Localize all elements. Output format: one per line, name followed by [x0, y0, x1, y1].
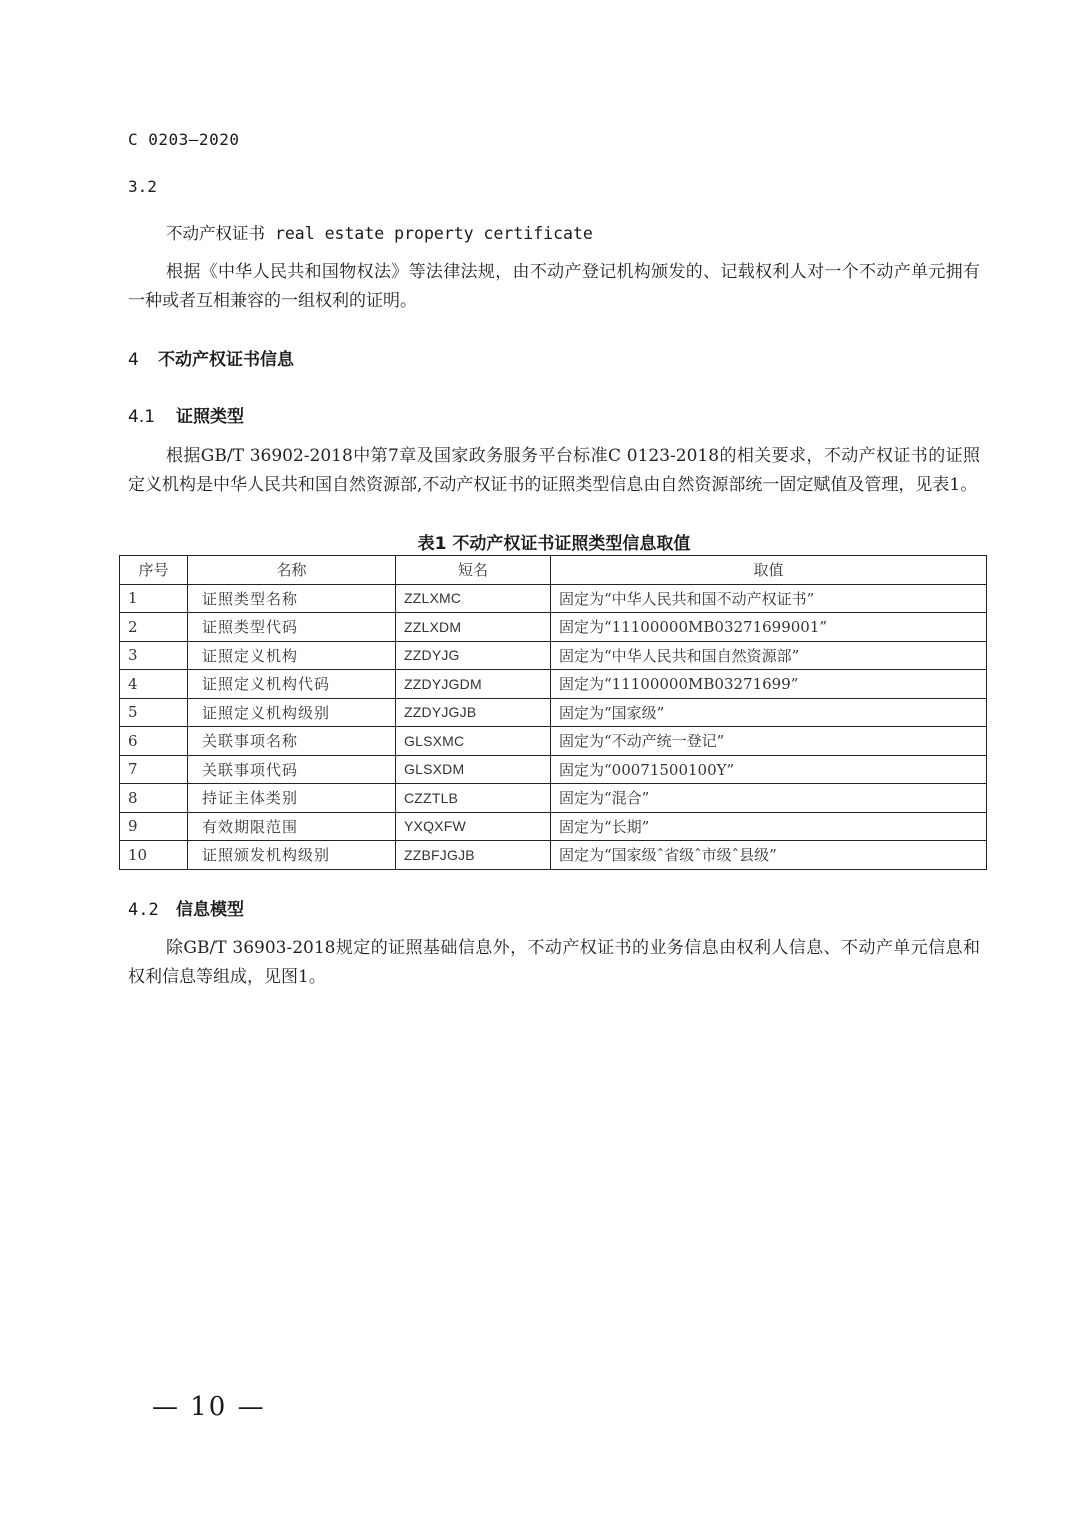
- table-row: 4 证照定义机构代码 ZZDYJGDM 固定为“11100000MB032716…: [120, 670, 987, 699]
- cell-short-name: YXQXFW: [396, 812, 551, 841]
- cell-value: 固定为“中华人民共和国不动产权证书”: [551, 584, 987, 613]
- cell-name: 证照颁发机构级别: [188, 841, 396, 870]
- term-title-zh: 不动产权证书: [166, 224, 265, 243]
- table-header-row: 序号 名称 短名 取值: [120, 556, 987, 585]
- section-heading-4: 4不动产权证书信息: [128, 345, 294, 370]
- table-row: 3 证照定义机构 ZZDYJG 固定为“中华人民共和国自然资源部”: [120, 641, 987, 670]
- cell-short-name: ZZDYJG: [396, 641, 551, 670]
- cell-index: 2: [120, 613, 188, 642]
- cell-index: 6: [120, 727, 188, 756]
- cell-value: 固定为“00071500100Y”: [551, 755, 987, 784]
- cell-short-name: GLSXDM: [396, 755, 551, 784]
- cell-name: 关联事项代码: [188, 755, 396, 784]
- page-number: — 10 —: [152, 1392, 266, 1422]
- subsection-4-1-body: 根据GB/T 36902-2018中第7章及国家政务服务平台标准C 0123-2…: [128, 442, 980, 500]
- cell-short-name: ZZDYJGDM: [396, 670, 551, 699]
- cell-name: 证照定义机构代码: [188, 670, 396, 699]
- certificate-type-table: 序号 名称 短名 取值 1 证照类型名称 ZZLXMC 固定为“中华人民共和国不…: [119, 555, 987, 870]
- cell-value: 固定为“长期”: [551, 812, 987, 841]
- cell-name: 有效期限范围: [188, 812, 396, 841]
- term-number: 3.2: [128, 177, 157, 196]
- header-short-name: 短名: [396, 556, 551, 585]
- subsection-number: 4.2: [128, 900, 176, 920]
- section-title: 不动产权证书信息: [158, 350, 294, 370]
- table-row: 7 关联事项代码 GLSXDM 固定为“00071500100Y”: [120, 755, 987, 784]
- header-value: 取值: [551, 556, 987, 585]
- cell-index: 8: [120, 784, 188, 813]
- subsection-title: 信息模型: [176, 900, 244, 920]
- cell-name: 关联事项名称: [188, 727, 396, 756]
- document-code: C 0203—2020: [128, 130, 239, 149]
- cell-name: 证照定义机构: [188, 641, 396, 670]
- cell-index: 5: [120, 698, 188, 727]
- table-row: 6 关联事项名称 GLSXMC 固定为“不动产统一登记”: [120, 727, 987, 756]
- table-row: 1 证照类型名称 ZZLXMC 固定为“中华人民共和国不动产权证书”: [120, 584, 987, 613]
- cell-short-name: ZZBFJGJB: [396, 841, 551, 870]
- cell-index: 1: [120, 584, 188, 613]
- header-name: 名称: [188, 556, 396, 585]
- cell-name: 持证主体类别: [188, 784, 396, 813]
- table-row: 9 有效期限范围 YXQXFW 固定为“长期”: [120, 812, 987, 841]
- subsection-number: 4.1: [128, 407, 176, 427]
- cell-short-name: ZZLXMC: [396, 584, 551, 613]
- table-caption: 表1 不动产权证书证照类型信息取值: [120, 529, 988, 554]
- cell-value: 固定为“国家级”: [551, 698, 987, 727]
- cell-value: 固定为“国家级ˆ省级ˆ市级ˆ县级”: [551, 841, 987, 870]
- cell-short-name: CZZTLB: [396, 784, 551, 813]
- cell-value: 固定为“11100000MB03271699001”: [551, 613, 987, 642]
- table-row: 2 证照类型代码 ZZLXDM 固定为“11100000MB0327169900…: [120, 613, 987, 642]
- subsection-heading-4-2: 4.2信息模型: [128, 895, 244, 920]
- cell-name: 证照类型名称: [188, 584, 396, 613]
- cell-index: 3: [120, 641, 188, 670]
- subsection-title: 证照类型: [176, 407, 244, 427]
- cell-value: 固定为“不动产统一登记”: [551, 727, 987, 756]
- cell-index: 4: [120, 670, 188, 699]
- cell-value: 固定为“混合”: [551, 784, 987, 813]
- cell-name: 证照类型代码: [188, 613, 396, 642]
- subsection-4-2-body: 除GB/T 36903-2018规定的证照基础信息外，不动产权证书的业务信息由权…: [128, 934, 980, 992]
- table-row: 8 持证主体类别 CZZTLB 固定为“混合”: [120, 784, 987, 813]
- subsection-heading-4-1: 4.1证照类型: [128, 402, 244, 427]
- cell-short-name: ZZLXDM: [396, 613, 551, 642]
- header-index: 序号: [120, 556, 188, 585]
- cell-value: 固定为“中华人民共和国自然资源部”: [551, 641, 987, 670]
- cell-index: 9: [120, 812, 188, 841]
- cell-short-name: GLSXMC: [396, 727, 551, 756]
- cell-name: 证照定义机构级别: [188, 698, 396, 727]
- term-definition: 根据《中华人民共和国物权法》等法律法规，由不动产登记机构颁发的、记载权利人对一个…: [128, 258, 980, 316]
- cell-value: 固定为“11100000MB03271699”: [551, 670, 987, 699]
- cell-short-name: ZZDYJGJB: [396, 698, 551, 727]
- term-title: 不动产权证书 real estate property certificate: [166, 220, 593, 244]
- table-row: 5 证照定义机构级别 ZZDYJGJB 固定为“国家级”: [120, 698, 987, 727]
- section-number: 4: [128, 350, 158, 370]
- cell-index: 10: [120, 841, 188, 870]
- cell-index: 7: [120, 755, 188, 784]
- term-title-en: real estate property certificate: [275, 224, 593, 243]
- table-row: 10 证照颁发机构级别 ZZBFJGJB 固定为“国家级ˆ省级ˆ市级ˆ县级”: [120, 841, 987, 870]
